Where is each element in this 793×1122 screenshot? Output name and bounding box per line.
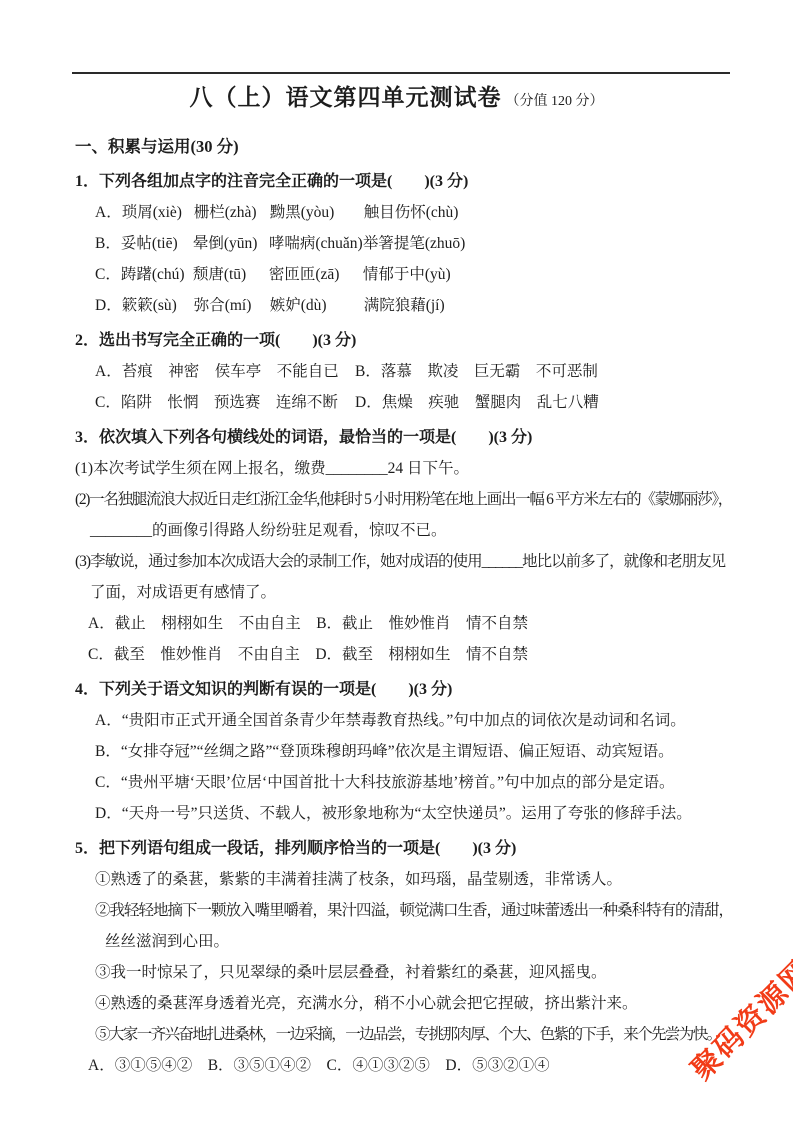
q1-option-c-label: C． [95, 259, 121, 290]
q3-sentence-3-line-1: (3)李敏说，通过参加本次成语大会的录制工作，她对成语的使用______地比以前… [75, 546, 793, 577]
header-rule [72, 72, 730, 74]
question-5-stem: 5．把下列语句组成一段话，排列顺序恰当的一项是( )(3 分) [75, 833, 793, 864]
q1-option-b: B．妥帖(tiē)晕倒(yūn)哮喘病(chuǎn)举箸提笔(zhuō) [95, 228, 793, 259]
q2-option-a: A．苔痕 神密 侯车亭 不能自已 [95, 356, 355, 387]
question-1-stem: 1．下列各组加点字的注音完全正确的一项是( )(3 分) [75, 166, 793, 197]
q1-option-c: C．踌躇(chú)颓唐(tū)密匝匝(zā)情郁于中(yù) [95, 259, 793, 290]
q5-sentence-2-line-1: ②我轻轻地摘下一颗放入嘴里嚼着，果汁四溢，顿觉满口生香，通过味蕾透出一种桑科特有… [95, 895, 793, 926]
question-4-stem: 4．下列关于语文知识的判断有误的一项是( )(3 分) [75, 674, 793, 705]
q1-option-d: D．簌簌(sù)弥合(mí)嫉妒(dù)满院狼藉(jí) [95, 290, 793, 321]
question-1-number: 1． [75, 173, 99, 190]
q1-option-b-label: B． [95, 228, 121, 259]
q4-option-d: D．“天舟一号”只送货、不载人，被形象地称为“太空快递员”。运用了夸张的修辞手法… [95, 798, 793, 829]
q4-option-a: A．“贵阳市正式开通全国首条青少年禁毒教育热线。”句中加点的词依次是动词和名词。 [95, 705, 793, 736]
q3-options-row-2: C．截至 惟妙惟肖 不由自主 D．截至 栩栩如生 情不自禁 [88, 639, 793, 670]
q1-option-a: A．琐屑(xiè)栅栏(zhà)黝黑(yòu)触目伤怀(chù) [95, 197, 793, 228]
q1-option-a-label: A． [95, 197, 122, 228]
q2-options-row-2: C．陷阱 怅惘 预选赛 连绵不断D．焦燥 疾驰 蟹腿肉 乱七八糟 [95, 387, 793, 418]
q5-sentence-5: ⑤大家一齐兴奋地扎进桑林，一边采摘，一边品尝，专挑那肉厚、个大、色紫的下手，来个… [95, 1019, 793, 1050]
q2-option-d: D．焦燥 疾驰 蟹腿肉 乱七八糟 [355, 394, 599, 411]
exam-title: 八（上）语文第四单元测试卷 [190, 85, 502, 110]
q3-sentence-3-line-2: 了面，对成语更有感情了。 [90, 577, 793, 608]
q3-sentence-2-line-1: (2)一名独腿流浪大叔近日走红浙江金华,他耗时 5 小时用粉笔在地上画出一幅 6… [75, 484, 793, 515]
q3-sentence-1: (1)本次考试学生须在网上报名，缴费________24 日下午。 [75, 453, 793, 484]
exam-paper-page: 八（上）语文第四单元测试卷（分值 120 分） 一、积累与运用(30 分) 1．… [0, 0, 793, 1122]
q2-option-c: C．陷阱 怅惘 预选赛 连绵不断 [95, 387, 355, 418]
question-2-number: 2． [75, 332, 99, 349]
q4-option-c: C．“贵州平塘‘天眼’位居‘中国首批十大科技旅游基地’榜首。”句中加点的部分是定… [95, 767, 793, 798]
section-heading: 一、积累与运用(30 分) [75, 131, 793, 162]
question-5-number: 5． [75, 840, 99, 857]
q5-sentence-3: ③我一时惊呆了，只见翠绿的桑叶层层叠叠，衬着紫红的桑葚，迎风摇曳。 [95, 957, 793, 988]
title-line: 八（上）语文第四单元测试卷（分值 120 分） [0, 80, 793, 120]
question-4-number: 4． [75, 681, 99, 698]
q1-option-d-label: D． [95, 290, 122, 321]
q5-sentence-4: ④熟透的桑葚浑身透着光亮，充满水分，稍不小心就会把它捏破，挤出紫汁来。 [95, 988, 793, 1019]
q4-option-b: B．“女排夺冠”“丝绸之路”“登顶珠穆朗玛峰”依次是主谓短语、偏正短语、动宾短语… [95, 736, 793, 767]
q3-sentence-2-line-2: ________的画像引得路人纷纷驻足观看，惊叹不已。 [90, 515, 793, 546]
question-2-stem: 2．选出书写完全正确的一项( )(3 分) [75, 325, 793, 356]
question-3-number: 3． [75, 429, 99, 446]
question-3-stem: 3．依次填入下列各句横线处的词语，最恰当的一项是( )(3 分) [75, 422, 793, 453]
q2-options-row-1: A．苔痕 神密 侯车亭 不能自已B．落慕 欺凌 巨无霸 不可恶制 [95, 356, 793, 387]
q2-option-b: B．落慕 欺凌 巨无霸 不可恶制 [355, 363, 598, 380]
score-note: （分值 120 分） [506, 94, 604, 109]
q5-sentence-1: ①熟透了的桑葚，紫紫的丰满着挂满了枝条，如玛瑙，晶莹剔透，非常诱人。 [95, 864, 793, 895]
q3-options-row-1: A．截止 栩栩如生 不由自主 B．截止 惟妙惟肖 情不自禁 [88, 608, 793, 639]
q5-sentence-2-line-2: 丝丝滋润到心田。 [105, 926, 793, 957]
